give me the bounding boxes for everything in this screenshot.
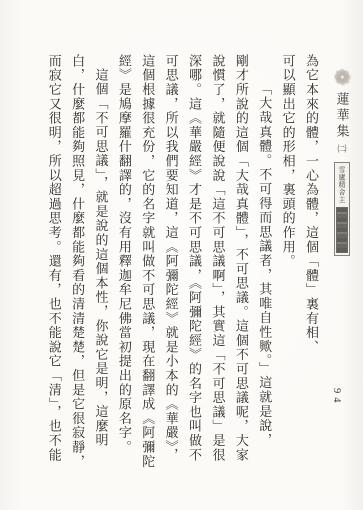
text-column-2: 可以顯出它的形相，裏頭的作用。 — [274, 54, 297, 490]
flower-seal-icon: ❁ — [334, 68, 351, 88]
label-text: 雪廬精舍主 — [337, 166, 347, 204]
text-column-9: 經》是鳩摩羅什翻譯的，沒有用釋迦牟尼佛當初提出的原名字。 — [110, 54, 133, 490]
volume-number: ㈡ — [337, 142, 346, 155]
text-column-3: 「大哉真體。不可得而思議者，其唯自性歟。」這就是說， — [251, 54, 274, 490]
text-column-8: 這個根據很充份，它的名字就叫做不可思議，現在翻譯成《阿彌陀 — [134, 54, 157, 490]
label-box: 雪廬精舍主 — [334, 162, 350, 256]
book-page: { "page": { "number": "94", "colors": { … — [0, 0, 363, 510]
text-column-4: 剛才所說的這個「大哉真體」，不可思議。這個不可思議呢，大家 — [227, 54, 250, 490]
text-column-1: 為它本來的體，一心為體，這個「體」裏有相、 — [298, 54, 321, 490]
header-strip: ❁ 蓮華集 ㈡ 雪廬精舍主 — [329, 68, 355, 256]
dark-seal-block — [336, 207, 348, 253]
text-column-12: 而寂它又很明，所以超過思考。還有，也不能說它「清」，也不能 — [40, 54, 63, 490]
text-column-11: 白，什麼都能夠照見，什麼都能夠看的清清楚楚，但是它很寂靜， — [64, 54, 87, 490]
text-column-10: 這個「不可思議」，就是說的這個本性，你說它是明，這麼明 — [87, 54, 110, 490]
scripture-text-block: 為它本來的體，一心為體，這個「體」裏有相、可以顯出它的形相，裏頭的作用。「大哉真… — [40, 54, 321, 490]
text-column-5: 說慣了，就隨便說說「這不可思議啊」，其實這「不可思議」是很 — [204, 54, 227, 490]
text-column-6: 深哪。這《華嚴經》才是不可思議，《阿彌陀經》的名字也叫做不 — [181, 54, 204, 490]
page-number: 94 — [331, 388, 342, 407]
book-title: 蓮華集 — [333, 92, 352, 140]
text-column-7: 可思議，所以我們要知道，這《阿彌陀經》就是小本的《華嚴》， — [157, 54, 180, 490]
